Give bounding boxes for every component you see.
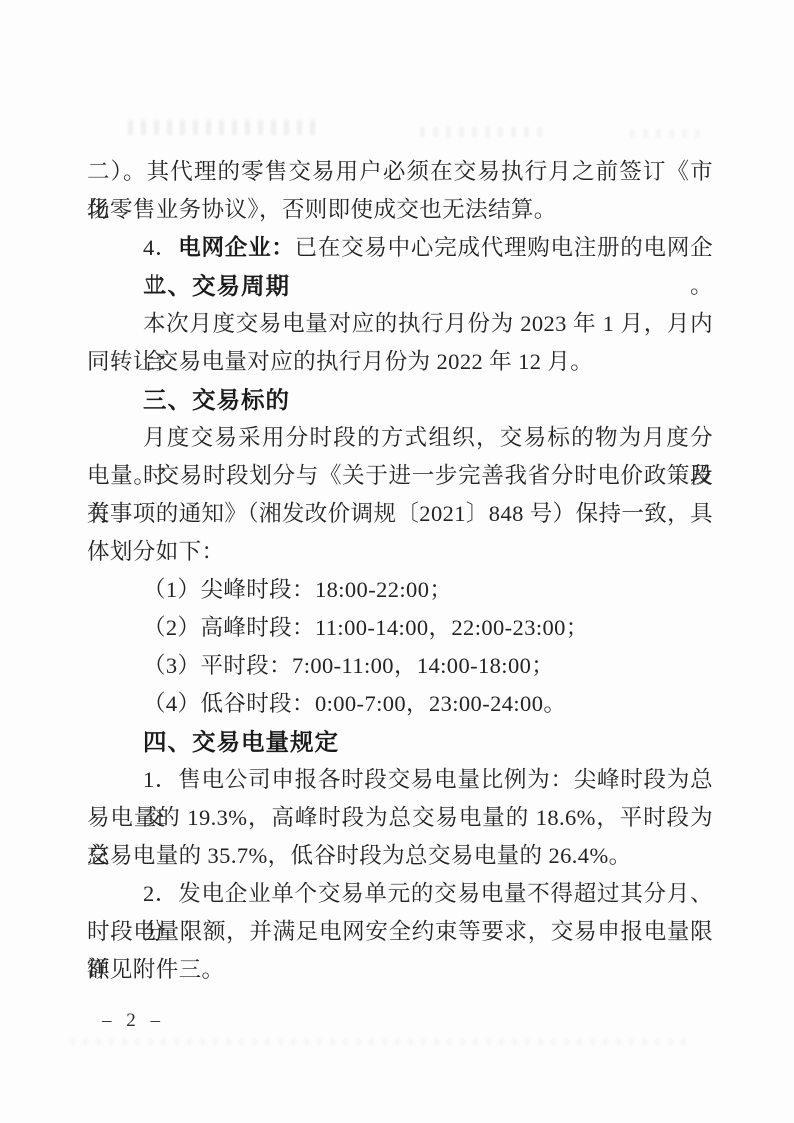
scan-artifact-smudge bbox=[630, 129, 700, 138]
text-run: 关事项的通知》（湘发改价调规〔2021〕848 号）保持一致，具 bbox=[87, 501, 713, 526]
scan-artifact-smudge bbox=[128, 120, 318, 135]
bold-term: 电网企业： bbox=[178, 235, 294, 260]
text-run: 四、交易电量规定 bbox=[143, 729, 339, 755]
text-line: 本次月度交易电量对应的执行月份为 2023 年 1 月，月内合 bbox=[87, 305, 713, 343]
page-number: – 2 – bbox=[102, 1010, 165, 1031]
text-run: 化零售业务协议》，否则即使成交也无法结算。 bbox=[87, 197, 557, 222]
text-line: 详见附件三。 bbox=[87, 951, 713, 989]
text-line: 电量。交易时段划分与《关于进一步完善我省分时电价政策及有 bbox=[87, 457, 713, 495]
text-line: 二）。其代理的零售交易用户必须在交易执行月之前签订《市场 bbox=[87, 153, 713, 191]
text-line: 易电量的 19.3%，高峰时段为总交易电量的 18.6%，平时段为总 bbox=[87, 799, 713, 837]
section-heading: 四、交易电量规定 bbox=[87, 723, 713, 761]
text-line: （1）尖峰时段：18:00-22:00； bbox=[87, 571, 713, 609]
text-run: 交易电量的 35.7%，低谷时段为总交易电量的 26.4%。 bbox=[87, 843, 632, 868]
text-run: 体划分如下： bbox=[87, 539, 224, 564]
section-heading: 三、交易标的 bbox=[87, 381, 713, 419]
scan-artifact-smudge bbox=[70, 1039, 690, 1045]
document-page: 二）。其代理的零售交易用户必须在交易执行月之前签订《市场化零售业务协议》，否则即… bbox=[0, 0, 794, 1123]
document-body: 二）。其代理的零售交易用户必须在交易执行月之前签订《市场化零售业务协议》，否则即… bbox=[87, 153, 713, 989]
text-run: 同转让交易电量对应的执行月份为 2022 年 12 月。 bbox=[87, 349, 593, 374]
text-line: （4）低谷时段：0:00-7:00，23:00-24:00。 bbox=[87, 685, 713, 723]
text-run: 4． bbox=[143, 235, 178, 260]
text-run: 三、交易标的 bbox=[143, 387, 290, 413]
text-line: 时段电量限额，并满足电网安全约束等要求，交易申报电量限额 bbox=[87, 913, 713, 951]
text-run: 详见附件三。 bbox=[87, 957, 224, 982]
text-line: 关事项的通知》（湘发改价调规〔2021〕848 号）保持一致，具 bbox=[87, 495, 713, 533]
text-line: 交易电量的 35.7%，低谷时段为总交易电量的 26.4%。 bbox=[87, 837, 713, 875]
text-line: （2）高峰时段：11:00-14:00，22:00-23:00； bbox=[87, 609, 713, 647]
text-run: 二、交易周期 bbox=[143, 273, 290, 299]
page-footer: – 2 – bbox=[102, 1006, 165, 1036]
text-line: 同转让交易电量对应的执行月份为 2022 年 12 月。 bbox=[87, 343, 713, 381]
text-line: 化零售业务协议》，否则即使成交也无法结算。 bbox=[87, 191, 713, 229]
text-run: （4）低谷时段：0:00-7:00，23:00-24:00。 bbox=[143, 691, 566, 716]
text-line: 2．发电企业单个交易单元的交易电量不得超过其分月、分 bbox=[87, 875, 713, 913]
text-run: （1）尖峰时段：18:00-22:00； bbox=[143, 577, 452, 602]
scan-artifact-smudge bbox=[420, 127, 550, 137]
text-line: 1．售电公司申报各时段交易电量比例为：尖峰时段为总交 bbox=[87, 761, 713, 799]
text-line: 4．电网企业：已在交易中心完成代理购电注册的电网企业。 bbox=[87, 229, 713, 267]
text-line: 月度交易采用分时段的方式组织，交易标的物为月度分时段 bbox=[87, 419, 713, 457]
text-run: （2）高峰时段：11:00-14:00，22:00-23:00； bbox=[143, 615, 589, 640]
text-line: 体划分如下： bbox=[87, 533, 713, 571]
text-run: （3）平时段：7:00-11:00，14:00-18:00； bbox=[143, 653, 554, 678]
text-line: （3）平时段：7:00-11:00，14:00-18:00； bbox=[87, 647, 713, 685]
